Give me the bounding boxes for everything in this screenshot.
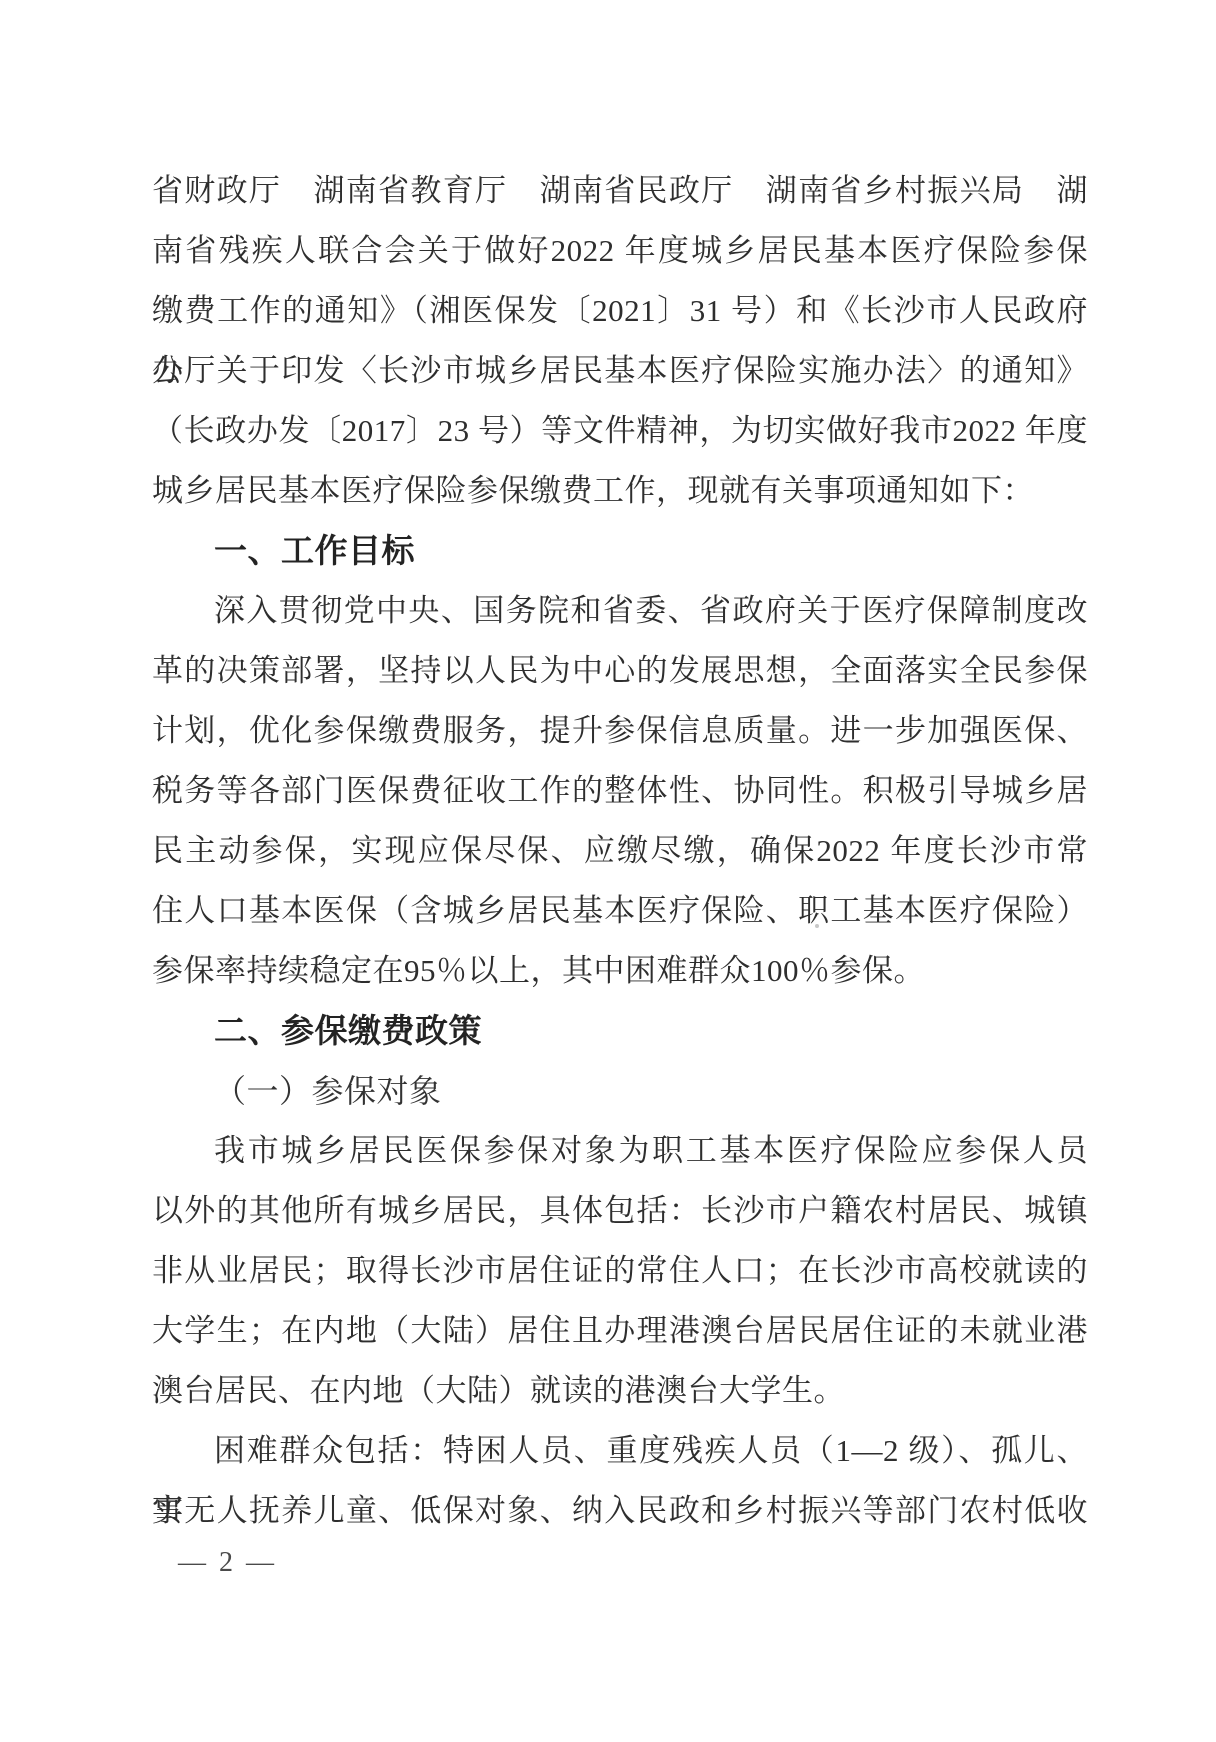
text-line: 深入贯彻党中央、国务院和省委、省政府关于医疗保障制度改	[152, 581, 1088, 641]
scan-noise-dot	[815, 924, 819, 928]
text-line: 非从业居民；取得长沙市居住证的常住人口；在长沙市高校就读的	[152, 1241, 1088, 1301]
text-line: 民主动参保，实现应保尽保、应缴尽缴，确保2022 年度长沙市常	[152, 821, 1088, 881]
text-line: 革的决策部署，坚持以人民为中心的发展思想，全面落实全民参保	[152, 641, 1088, 701]
text-line: 实无人抚养儿童、低保对象、纳入民政和乡村振兴等部门农村低收	[152, 1481, 1088, 1541]
document-page: 省财政厅 湖南省教育厅 湖南省民政厅 湖南省乡村振兴局 湖南省残疾人联合会关于做…	[0, 0, 1216, 1742]
text-line: 澳台居民、在内地（大陆）就读的港澳台大学生。	[152, 1361, 1088, 1421]
text-line: 税务等各部门医保费征收工作的整体性、协同性。积极引导城乡居	[152, 761, 1088, 821]
text-line: （一）参保对象	[152, 1061, 1088, 1121]
page-number: — 2 —	[178, 1538, 277, 1588]
text-line: 计划，优化参保缴费服务，提升参保信息质量。进一步加强医保、	[152, 701, 1088, 761]
text-line: 南省残疾人联合会关于做好2022 年度城乡居民基本医疗保险参保	[152, 221, 1088, 281]
text-line: 困难群众包括：特困人员、重度残疾人员（1—2 级）、孤儿、事	[152, 1421, 1088, 1481]
text-line: 城乡居民基本医疗保险参保缴费工作，现就有关事项通知如下：	[152, 461, 1088, 521]
text-line: 以外的其他所有城乡居民，具体包括：长沙市户籍农村居民、城镇	[152, 1181, 1088, 1241]
text-line: （长政办发〔2017〕23 号）等文件精神，为切实做好我市2022 年度	[152, 401, 1088, 461]
document-body: 省财政厅 湖南省教育厅 湖南省民政厅 湖南省乡村振兴局 湖南省残疾人联合会关于做…	[152, 161, 1088, 1541]
text-line: 缴费工作的通知》（湘医保发〔2021〕31 号）和《长沙市人民政府办	[152, 281, 1088, 341]
text-line: 我市城乡居民医保参保对象为职工基本医疗保险应参保人员	[152, 1121, 1088, 1181]
text-line: 参保率持续稳定在95％以上，其中困难群众100％参保。	[152, 941, 1088, 1001]
text-line: 住人口基本医保（含城乡居民基本医疗保险、职工基本医疗保险）	[152, 881, 1088, 941]
text-line: 一、工作目标	[152, 521, 1088, 581]
text-line: 省财政厅 湖南省教育厅 湖南省民政厅 湖南省乡村振兴局 湖	[152, 161, 1088, 221]
text-line: 二、参保缴费政策	[152, 1001, 1088, 1061]
text-line: 大学生；在内地（大陆）居住且办理港澳台居民居住证的未就业港	[152, 1301, 1088, 1361]
text-line: 公厅关于印发〈长沙市城乡居民基本医疗保险实施办法〉的通知》	[152, 341, 1088, 401]
